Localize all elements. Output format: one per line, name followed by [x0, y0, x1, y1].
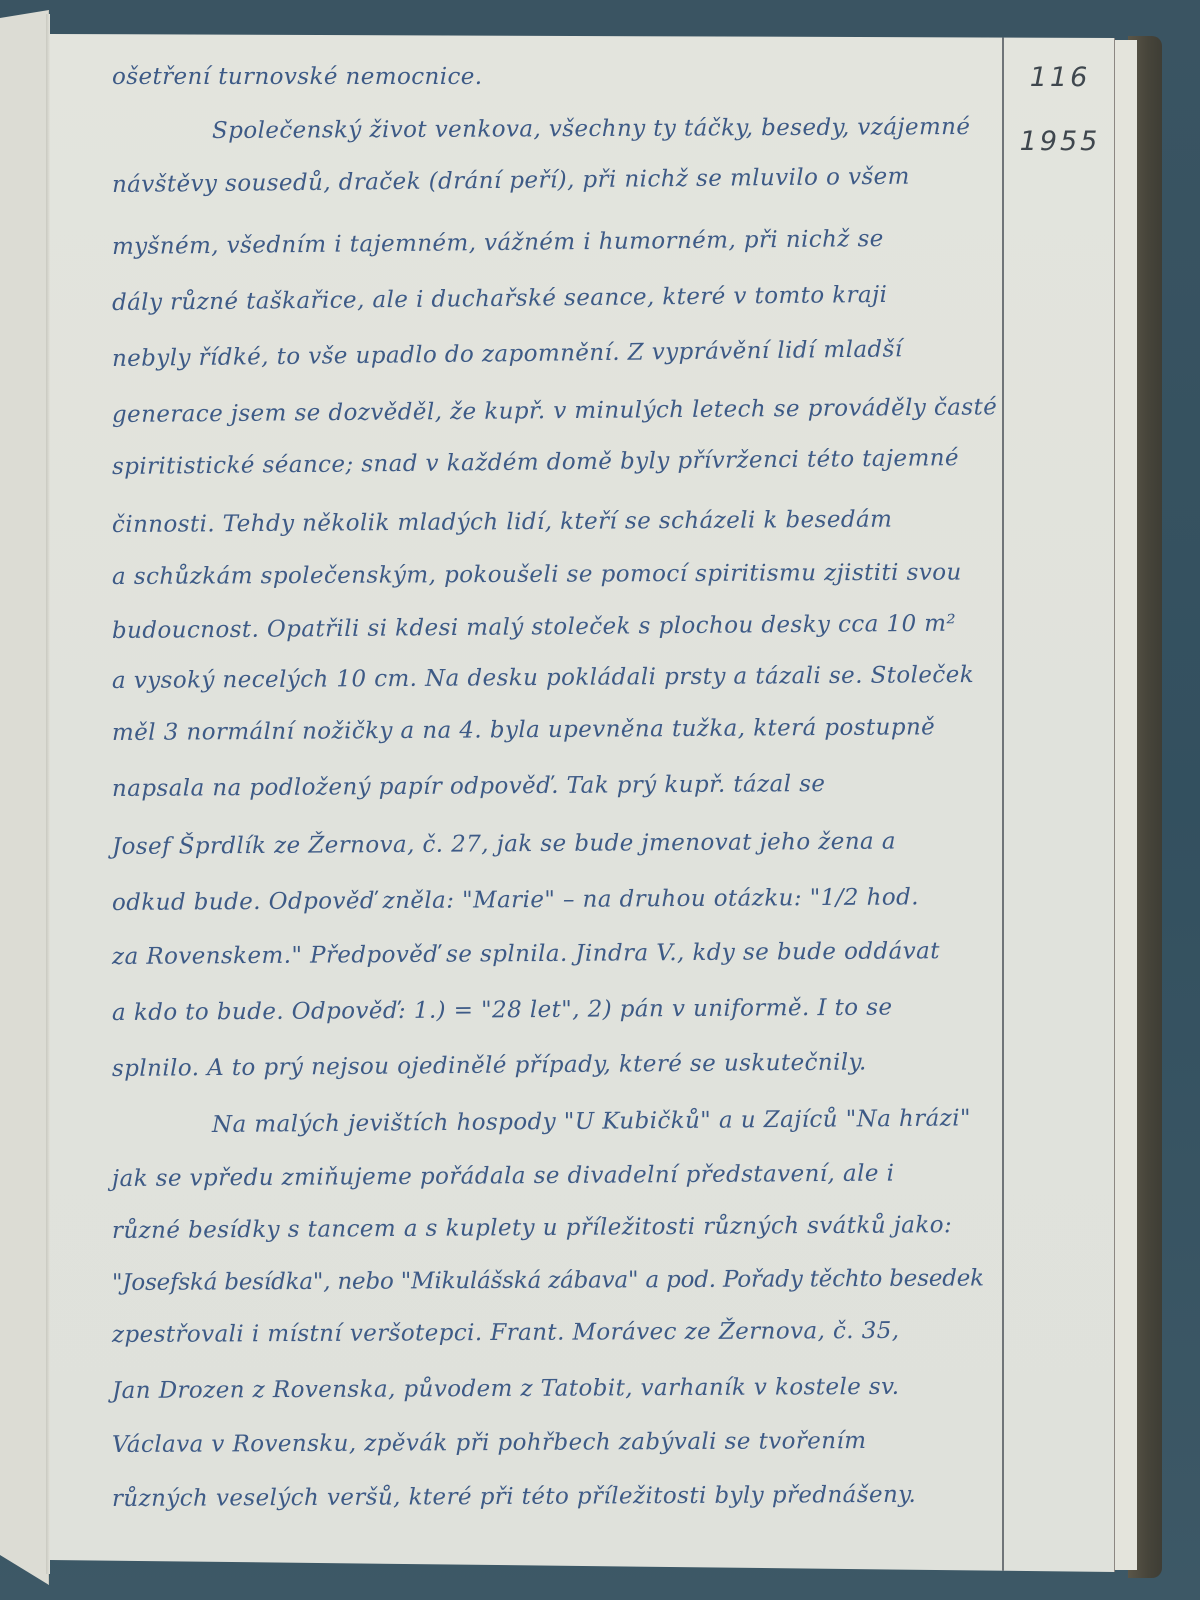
left-facing-page [0, 10, 49, 1585]
text-line: Josef Šprdlík ze Žernova, č. 27, jak se … [112, 829, 896, 860]
text-line: návštěvy sousedů, draček (drání peří), p… [112, 164, 910, 198]
chronicle-page: 116 1955 ošetření turnovské nemocnice. S… [50, 34, 1115, 1572]
text-line: jak se vpředu zmiňujeme pořádala se diva… [112, 1161, 894, 1192]
text-line: a kdo to bude. Odpověď: 1.) = "28 let", … [112, 995, 893, 1026]
page-number: 116 [1006, 62, 1114, 93]
text-line: "Josefská besídka", nebo "Mikulášská záb… [112, 1265, 984, 1296]
text-line: různých veselých veršů, které při této p… [112, 1482, 916, 1512]
text-line: Václava v Rovensku, zpěvák při pohřbech … [112, 1428, 867, 1458]
book-gutter [46, 14, 50, 1574]
text-line: myšném, všedním i tajemném, vážném i hum… [112, 226, 884, 260]
text-line: splnilo. A to prý nejsou ojedinělé přípa… [112, 1049, 867, 1082]
text-line: činnosti. Tehdy několik mladých lidí, kt… [112, 507, 892, 538]
text-line: různé besídky s tancem a s kuplety u pří… [112, 1212, 952, 1244]
text-line: napsala na podložený papír odpověď. Tak … [112, 771, 826, 802]
text-line: měl 3 normální nožičky a na 4. byla upev… [112, 714, 935, 746]
text-line: za Rovenskem." Předpověď se splnila. Jin… [112, 938, 940, 970]
text-line: Na malých jevištích hospody "U Kubičků" … [212, 1105, 971, 1138]
text-line: ošetření turnovské nemocnice. [112, 64, 483, 90]
text-line: Jan Drozen z Rovenska, původem z Tatobit… [112, 1374, 900, 1404]
margin-column: 116 1955 [1006, 34, 1114, 1572]
text-line: a schůzkám společenským, pokoušeli se po… [112, 560, 962, 590]
text-line: dály různé taškařice, ale i duchařské se… [112, 282, 888, 316]
text-line: generace jsem se dozvěděl, že kupř. v mi… [112, 394, 997, 428]
margin-rule [1002, 34, 1004, 1572]
text-line: spiritistické séance; snad v každém domě… [112, 445, 959, 480]
text-line: a vysoký necelých 10 cm. Na desku poklád… [112, 662, 974, 694]
text-line: Společenský život venkova, všechny ty tá… [212, 114, 971, 144]
text-line: budoucnost. Opatřili si kdesi malý stole… [112, 611, 956, 644]
text-line: odkud bude. Odpověď zněla: "Marie" – na … [112, 884, 919, 916]
year-note: 1955 [1006, 126, 1114, 157]
text-line: zpestřovali i místní veršotepci. Frant. … [112, 1318, 900, 1348]
text-line: nebyly řídké, to vše upadlo do zapomnění… [112, 336, 903, 372]
